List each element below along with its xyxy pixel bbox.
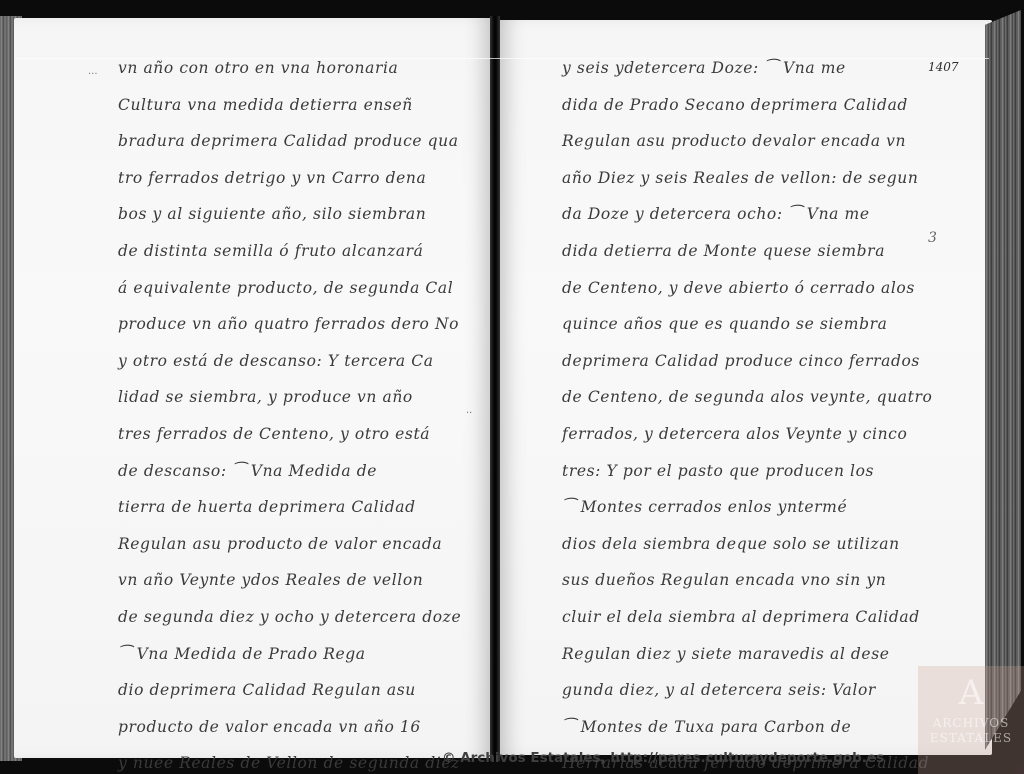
- manuscript-line: Cultura vna medida detierra enseñ: [118, 87, 458, 124]
- right-page-text: y seis ydetercera Doze: ⁀ Vna me dida de…: [562, 50, 912, 774]
- logo-text-line2: ESTATALES: [918, 731, 1024, 746]
- manuscript-line: tres: Y por el pasto que producen los: [562, 453, 912, 490]
- archivos-estatales-logo: A ARCHIVOS ESTATALES: [918, 666, 1024, 774]
- manuscript-line: da Doze y detercera ocho: ⁀ Vna me: [562, 196, 912, 233]
- left-margin-mark: ...: [88, 66, 98, 77]
- manuscript-line: bradura deprimera Calidad produce qua: [118, 123, 458, 160]
- manuscript-line: año Diez y seis Reales de vellon: de seg…: [562, 160, 912, 197]
- manuscript-line: lidad se siembra, y produce vn año: [118, 379, 458, 416]
- manuscript-line: ferrados, y detercera alos Veynte y cinc…: [562, 416, 912, 453]
- gutter-margin-mark: ··: [466, 408, 472, 419]
- manuscript-line: gunda diez, y al detercera seis: Valor: [562, 672, 912, 709]
- manuscript-line: y nuee Reales de Vellon de segunda diez: [118, 745, 458, 774]
- manuscript-line: tierra de huerta deprimera Calidad: [118, 489, 458, 526]
- manuscript-line: ⁀ Vna Medida de Prado Rega: [118, 636, 458, 673]
- manuscript-line: quince años que es quando se siembra: [562, 306, 912, 343]
- manuscript-line: producto de valor encada vn año 16: [118, 709, 458, 746]
- folio-number: 1407: [928, 60, 959, 74]
- manuscript-line: sus dueños Regulan encada vno sin yn: [562, 562, 912, 599]
- copyright-watermark: © Archivos Estatales, http://pares.cultu…: [442, 750, 884, 766]
- manuscript-line: de descanso: ⁀ Vna Medida de: [118, 453, 458, 490]
- manuscript-line: y seis ydetercera Doze: ⁀ Vna me: [562, 50, 912, 87]
- manuscript-line: vn año con otro en vna horonaria: [118, 50, 458, 87]
- manuscript-line: tro ferrados detrigo y vn Carro dena: [118, 160, 458, 197]
- manuscript-line: de distinta semilla ó fruto alcanzará: [118, 233, 458, 270]
- manuscript-line: dida detierra de Monte quese siembra: [562, 233, 912, 270]
- manuscript-line: Regulan diez y siete maravedis al dese: [562, 636, 912, 673]
- manuscript-line: bos y al siguiente año, silo siembran: [118, 196, 458, 233]
- right-page-edges: [985, 10, 1021, 750]
- manuscript-line: dida de Prado Secano deprimera Calidad: [562, 87, 912, 124]
- book-gutter: [490, 16, 500, 761]
- logo-a-icon: A: [918, 670, 1024, 716]
- manuscript-line: dios dela siembra deque solo se utilizan: [562, 526, 912, 563]
- right-margin-mark: 3: [928, 230, 937, 246]
- manuscript-line: vn año Veynte ydos Reales de vellon: [118, 562, 458, 599]
- manuscript-line: deprimera Calidad produce cinco ferrados: [562, 343, 912, 380]
- manuscript-line: á equivalente producto, de segunda Cal: [118, 270, 458, 307]
- manuscript-line: ⁀ Montes de Tuxa para Carbon de: [562, 709, 912, 746]
- manuscript-line: Regulan asu producto devalor encada vn: [562, 123, 912, 160]
- manuscript-line: Regulan asu producto de valor encada: [118, 526, 458, 563]
- document-viewer: ... ·· 3 1407 vn año con otro en vna hor…: [0, 0, 1024, 774]
- manuscript-line: de Centeno, de segunda alos veynte, quat…: [562, 379, 912, 416]
- manuscript-line: cluir el dela siembra al deprimera Calid…: [562, 599, 912, 636]
- manuscript-line: tres ferrados de Centeno, y otro está: [118, 416, 458, 453]
- left-page-text: vn año con otro en vna horonaria Cultura…: [118, 50, 458, 774]
- manuscript-line: produce vn año quatro ferrados dero No: [118, 306, 458, 343]
- logo-text-line1: ARCHIVOS: [918, 716, 1024, 731]
- manuscript-line: de Centeno, y deve abierto ó cerrado alo…: [562, 270, 912, 307]
- manuscript-line: de segunda diez y ocho y detercera doze: [118, 599, 458, 636]
- manuscript-line: y otro está de descanso: Y tercera Ca: [118, 343, 458, 380]
- manuscript-line: dio deprimera Calidad Regulan asu: [118, 672, 458, 709]
- manuscript-line: ⁀ Montes cerrados enlos yntermé: [562, 489, 912, 526]
